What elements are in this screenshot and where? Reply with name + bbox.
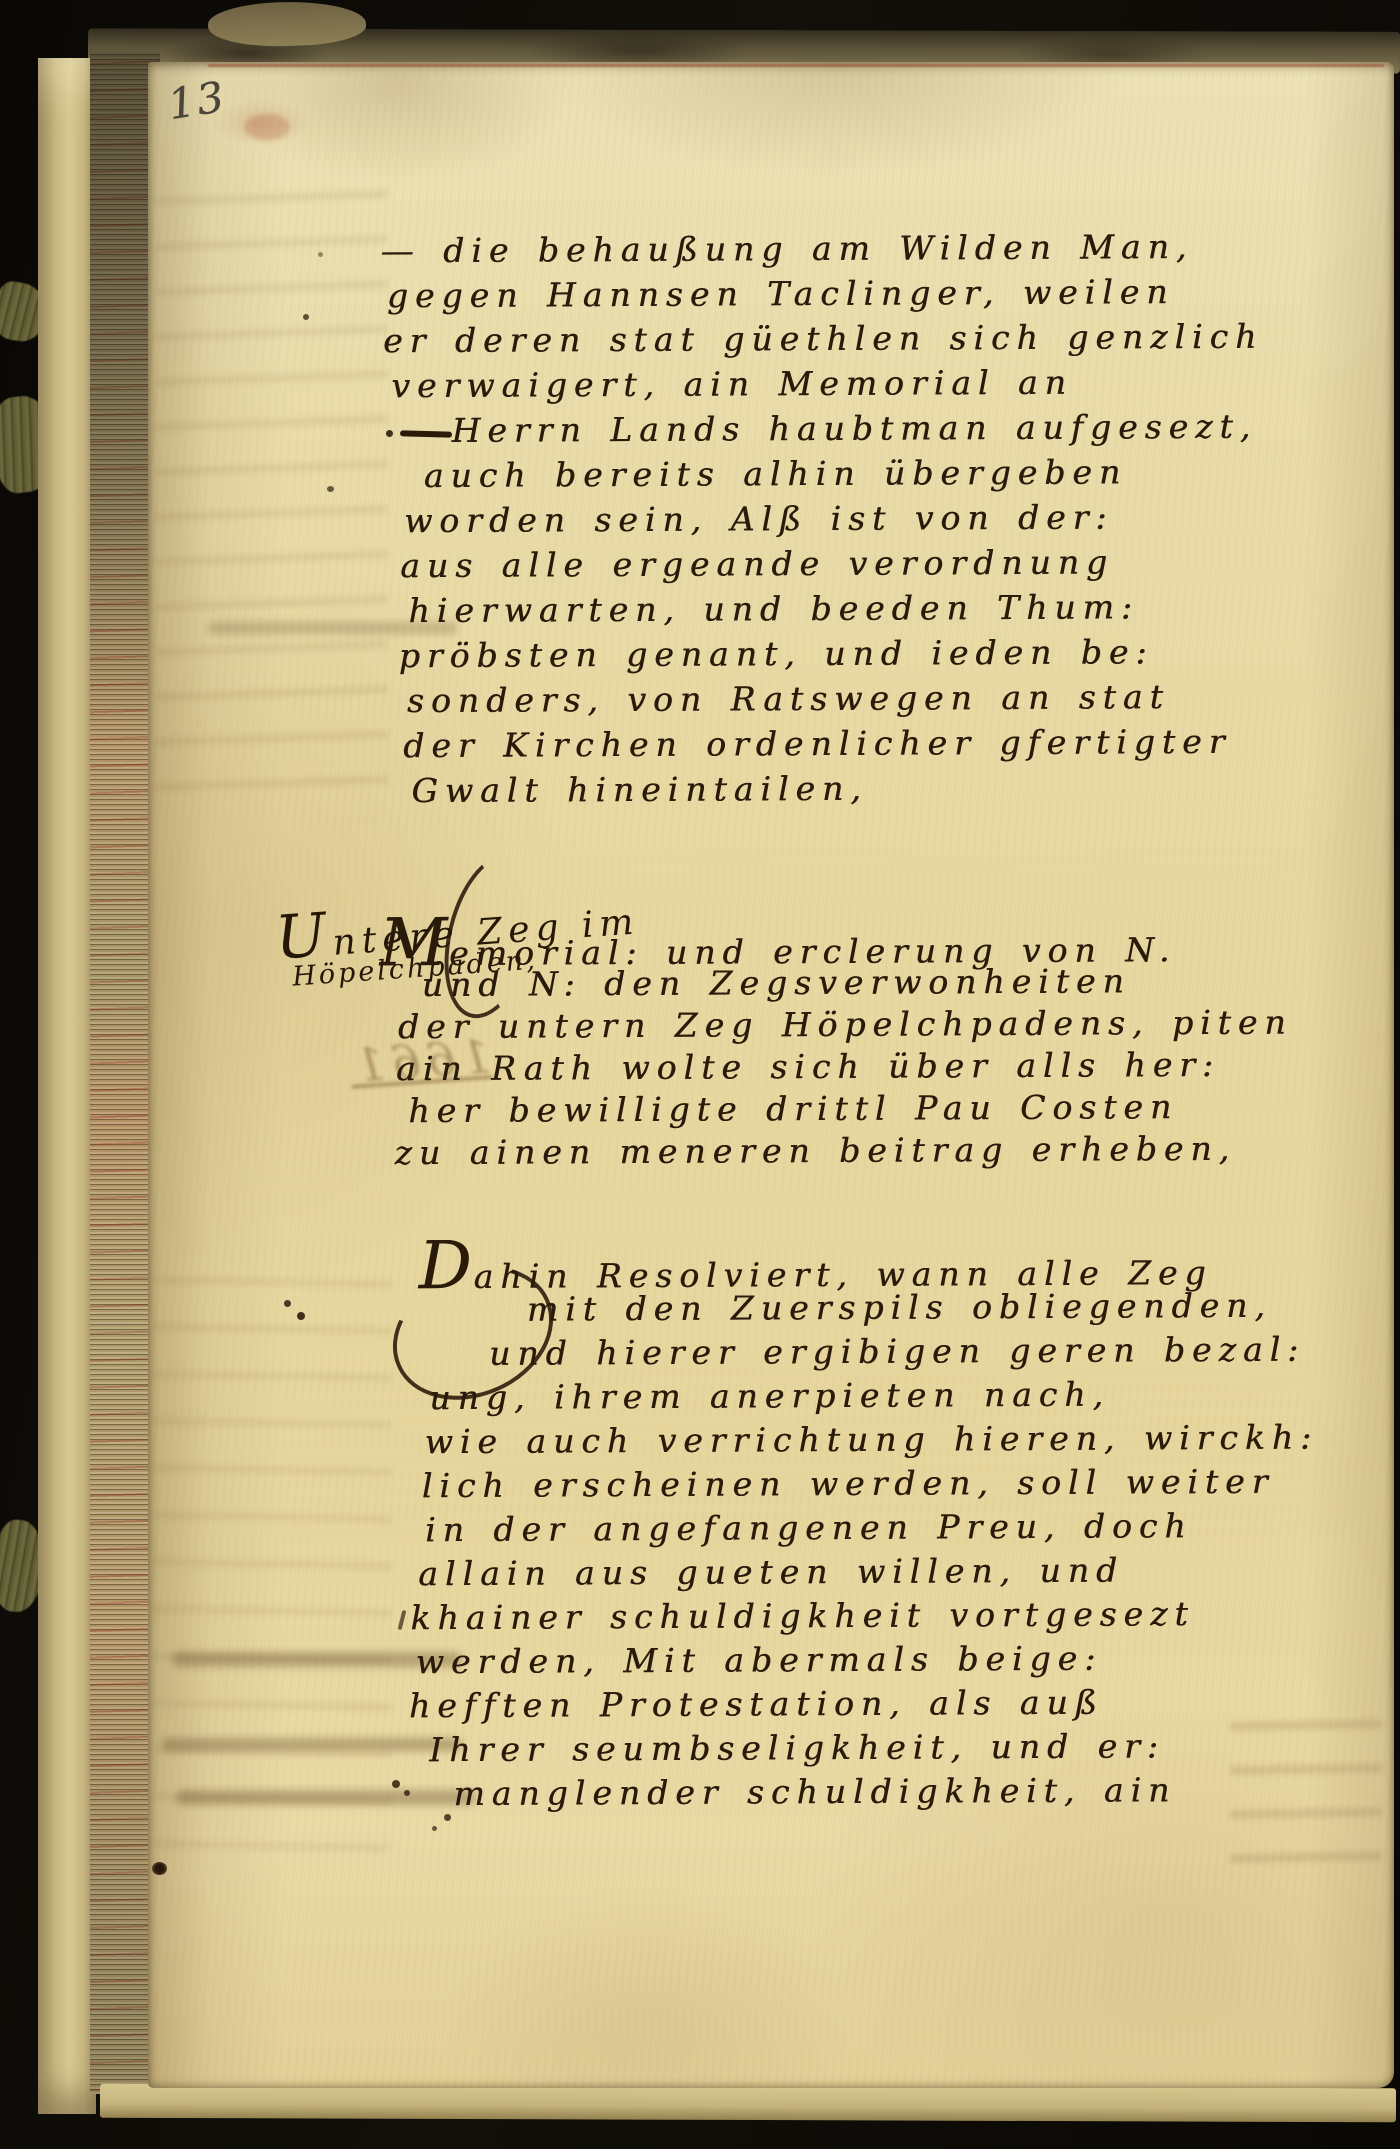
ink-speck	[303, 314, 309, 320]
manuscript-line: hierwarten, und beeden Thum:	[408, 584, 1264, 633]
manuscript-line: lich erscheinen werden, soll weiter	[422, 1460, 1319, 1509]
manuscript-line: Herrn Lands haubtman aufgesezt,	[451, 404, 1263, 453]
ink-speck	[444, 1814, 451, 1821]
folio-number: 13	[165, 72, 229, 129]
ink-speck	[386, 430, 393, 437]
manuscript-line: manglender schuldigkheit, ain	[453, 1768, 1320, 1817]
manuscript-line: er deren stat güethlen sich genzlich	[383, 314, 1263, 364]
manuscript-line: gegen Hannsen Taclinger, weilen	[387, 269, 1263, 319]
ink-speck	[318, 252, 323, 257]
ink-bleedthrough-left	[152, 1252, 392, 1852]
book-bottom-edge	[100, 2084, 1396, 2123]
red-stain	[244, 114, 290, 140]
ink-speck	[297, 1312, 305, 1320]
ink-speck	[392, 1780, 400, 1788]
manuscript-line: zu ainen meneren beitrag erheben,	[394, 1128, 1293, 1175]
manuscript-line: auch bereits alhin übergeben	[424, 449, 1264, 498]
manuscript-line: mit den Zuerspils obliegenden,	[527, 1284, 1318, 1332]
manuscript-line: Ihrer seumbseligkheit, und er:	[429, 1724, 1320, 1773]
manuscript-line: Memorial: und erclerung von N.	[379, 918, 1292, 965]
manuscript-line: und hierer ergibigen geren bezal:	[489, 1328, 1318, 1376]
manuscript-line: ain Rath wolte sich über alls her:	[396, 1044, 1293, 1091]
ink-speck	[404, 1790, 410, 1796]
ink-speck	[327, 486, 334, 492]
ink-speck	[432, 1826, 437, 1831]
manuscript-line: aus alle ergeande verordnung	[400, 539, 1264, 589]
manuscript-line: hefften Protestation, als auß	[409, 1680, 1320, 1729]
manuscript-line: — die behaußung am Wilden Man,	[380, 224, 1262, 274]
manuscript-line: der untern Zeg Höpelchpadens, piten	[398, 1002, 1293, 1049]
manuscript-line: Gwalt hineintailen,	[411, 764, 1265, 813]
manuscript-page: 13 1661 — die behaußung am Wilden Man, g…	[148, 62, 1394, 2088]
manuscript-line: wie auch verrichtung hieren, wirckh:	[424, 1416, 1318, 1465]
manuscript-line: khainer schuldigkheit vortgesezt	[410, 1592, 1319, 1641]
manuscript-line: ung, ihrem anerpieten nach,	[429, 1372, 1318, 1421]
paragraph-2: Memorial: und erclerung von N. und N: de…	[361, 918, 1293, 1175]
manuscript-line: sonders, von Ratswegen an stat	[407, 674, 1265, 723]
manuscript-line: werden, Mit abermals beige:	[416, 1636, 1320, 1685]
manuscript-line: verwaigert, ain Memorial an	[391, 359, 1263, 409]
wormhole-dot	[152, 1862, 167, 1875]
manuscript-line: der Kirchen ordenlicher gfertigter	[403, 719, 1265, 769]
manuscript-line: worden sein, Alß ist von der:	[404, 494, 1264, 544]
manuscript-line: Dahin Resolviert, wann alle Zeg	[419, 1240, 1318, 1289]
paragraph-3: Dahin Resolviert, wann alle Zeg mit den …	[381, 1240, 1321, 1817]
parchment-cover-edge	[38, 58, 96, 2114]
manuscript-line: pröbsten genant, und ieden be:	[399, 629, 1265, 679]
paragraph-1: — die behaußung am Wilden Man, gegen Han…	[380, 224, 1265, 814]
ink-speck	[284, 1300, 291, 1307]
manuscript-line: her bewilligte drittl Pau Costen	[408, 1086, 1293, 1133]
manuscript-line: in der angefangenen Preu, doch	[425, 1504, 1319, 1553]
manuscript-photo: 13 1661 — die behaußung am Wilden Man, g…	[0, 0, 1400, 2149]
manuscript-line: allain aus gueten willen, und	[418, 1548, 1319, 1597]
ink-bleedthrough-left	[156, 172, 388, 822]
